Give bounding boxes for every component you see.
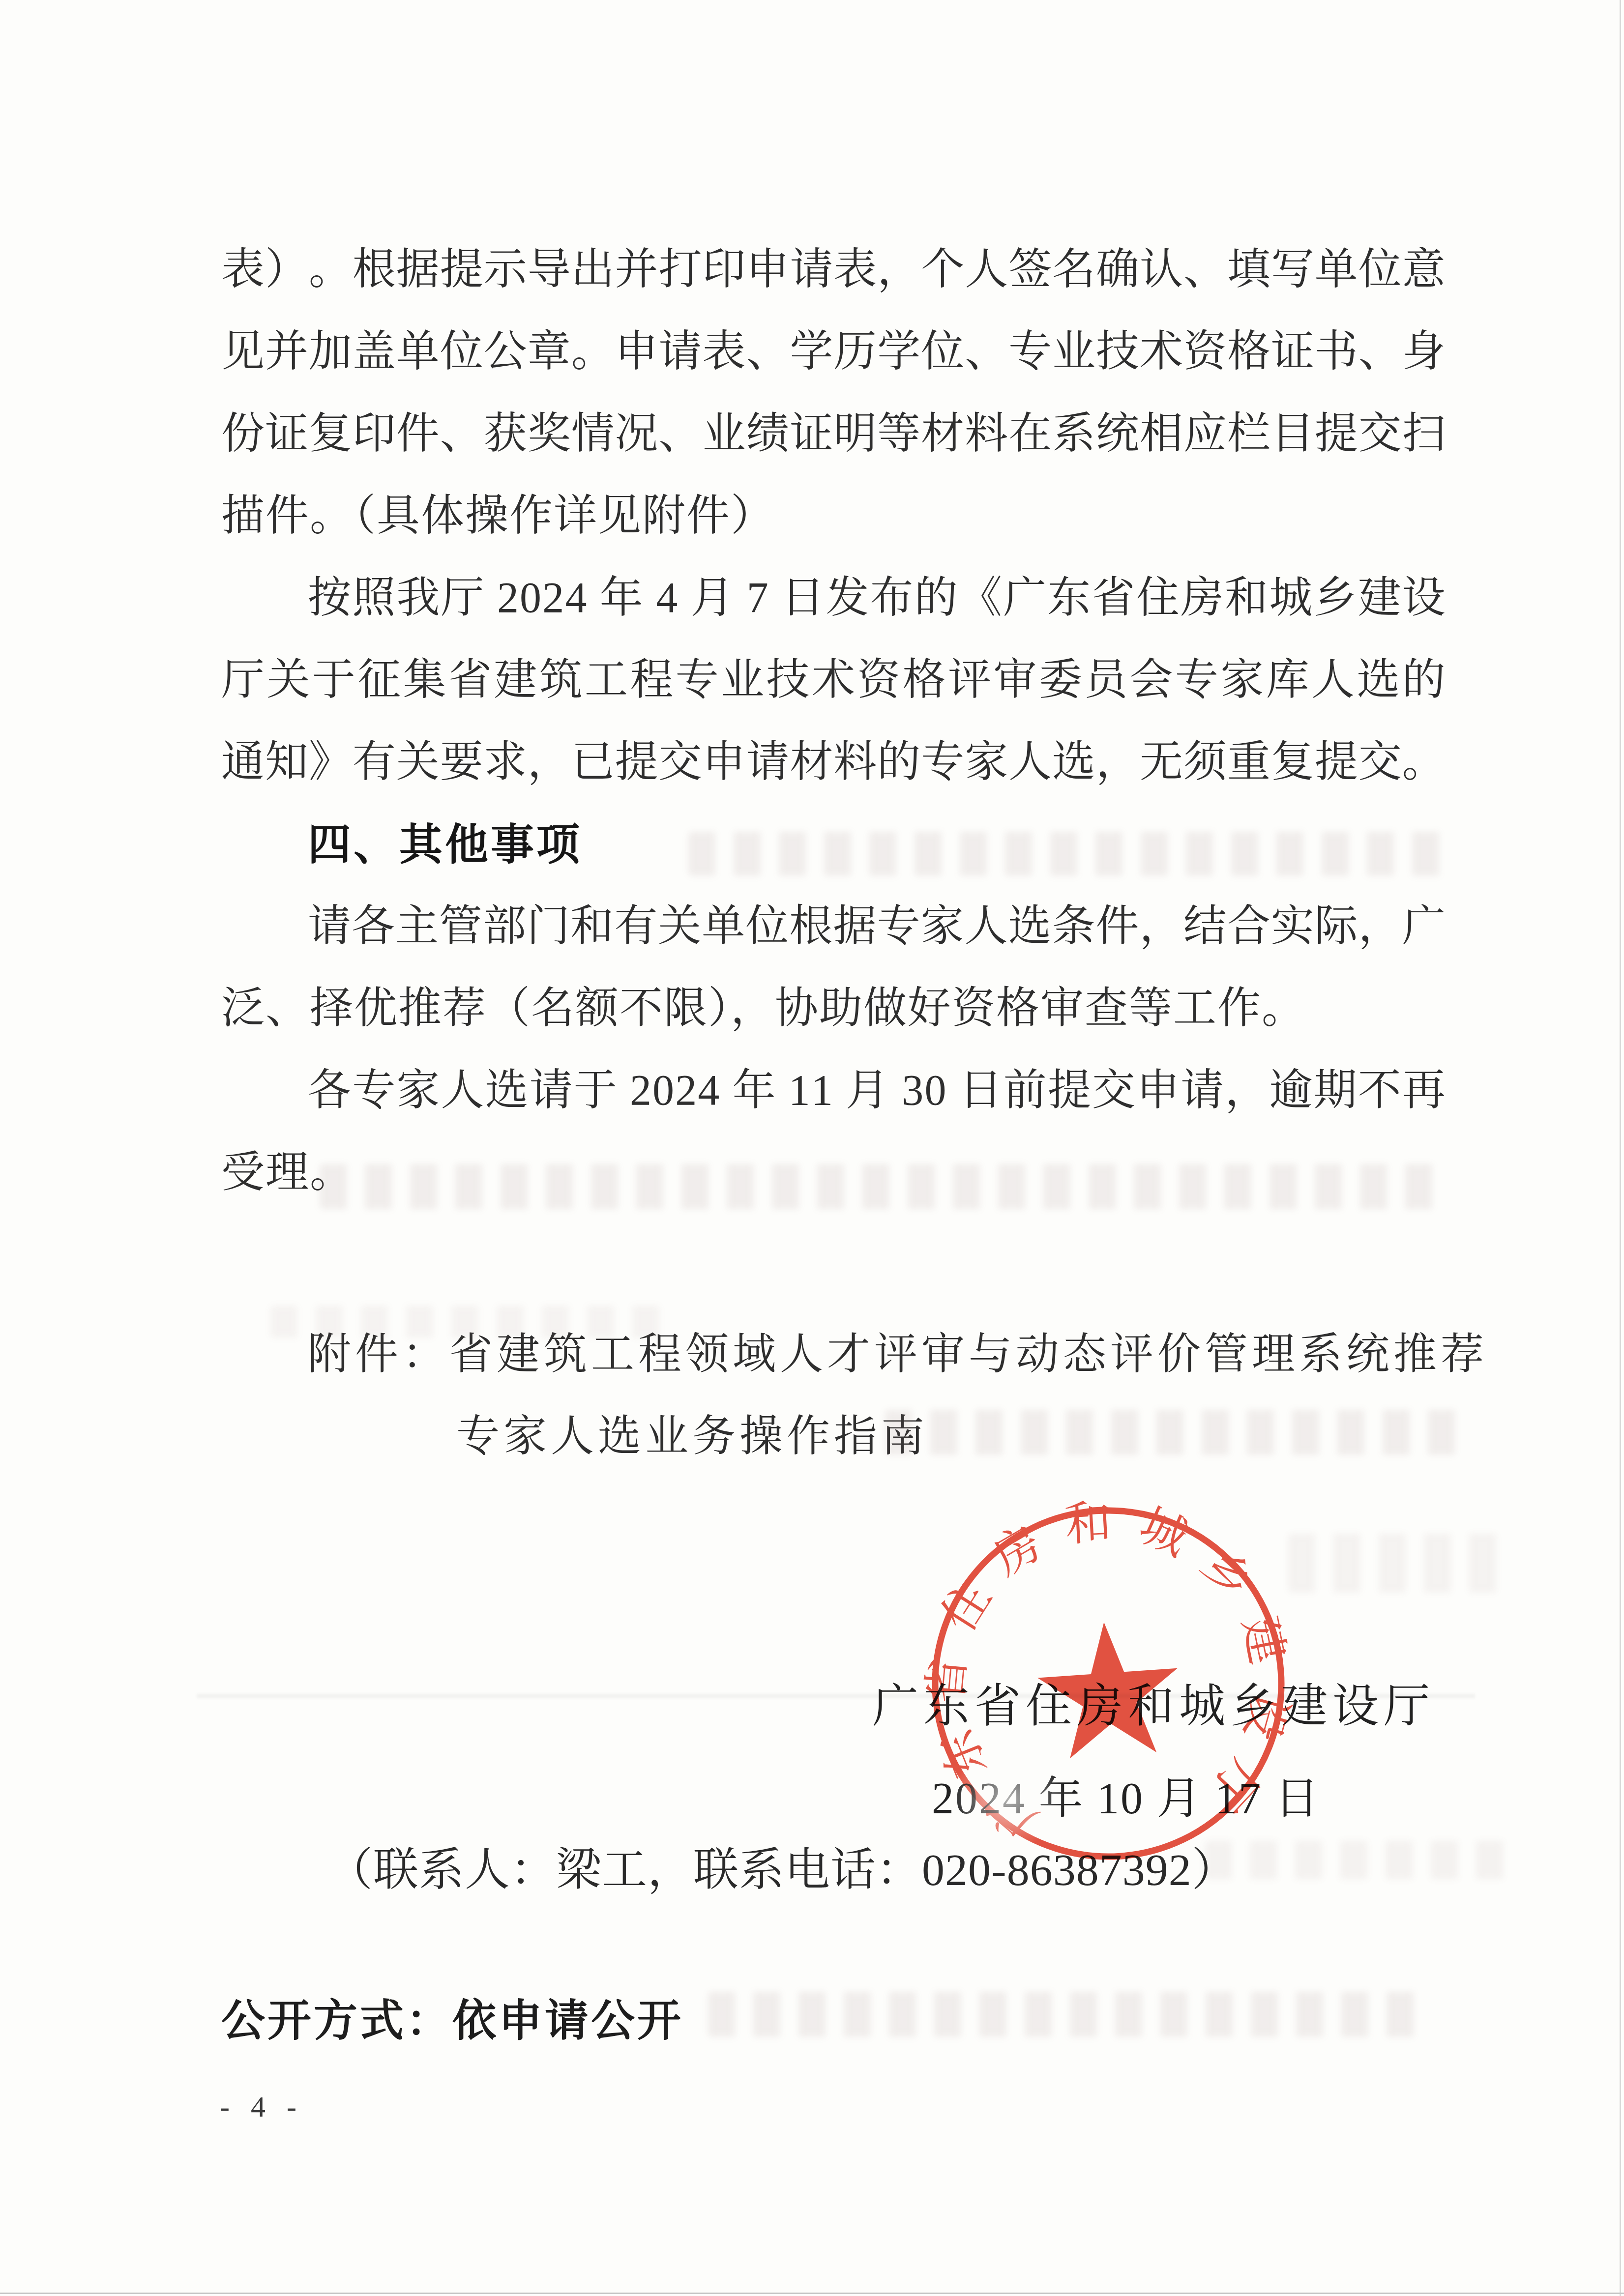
bleed-through-artifact xyxy=(1288,1534,1505,1593)
issuing-authority: 广东省住房和城乡建设厅 xyxy=(872,1669,1435,1735)
bleed-through-artifact xyxy=(270,1306,674,1338)
bleed-through-artifact xyxy=(708,1992,1426,2037)
body-line-6: 厅关于征集省建筑工程专业技术资格评审委员会专家库人选的 xyxy=(221,639,1446,721)
body-line-5: 按照我厅 2024 年 4 月 7 日发布的《广东省住房和城乡建设 xyxy=(221,557,1446,639)
scan-edge-right xyxy=(1620,0,1621,2296)
body-line-9: 请各主管部门和有关单位根据专家人选条件，结合实际，广 xyxy=(221,885,1446,967)
body-line-7: 通知》有关要求，已提交申请材料的专家人选，无须重复提交。 xyxy=(221,721,1446,803)
document-body: 表）。根据提示导出并打印申请表，个人签名确认、填写单位意 见并加盖单位公章。申请… xyxy=(221,229,1446,1214)
scan-edge-bottom xyxy=(0,2293,1624,2294)
publish-method-label: 公开方式：依申请公开 xyxy=(221,1986,683,2048)
issue-date: 2024 年 10 月 17 日 xyxy=(932,1762,1321,1826)
body-line-11: 各专家人选请于 2024 年 11 月 30 日前提交申请，逾期不再 xyxy=(221,1049,1446,1132)
body-line-3: 份证复印件、获奖情况、业绩证明等材料在系统相应栏目提交扫 xyxy=(221,393,1446,475)
body-line-10: 泛、择优推荐（名额不限），协助做好资格审查等工作。 xyxy=(221,967,1446,1049)
bleed-through-artifact xyxy=(1205,1841,1509,1879)
bleed-through-artifact xyxy=(885,1410,1465,1455)
body-line-1: 表）。根据提示导出并打印申请表，个人签名确认、填写单位意 xyxy=(221,229,1446,311)
scanned-document-page: 表）。根据提示导出并打印申请表，个人签名确认、填写单位意 见并加盖单位公章。申请… xyxy=(0,0,1624,2296)
bleed-through-artifact xyxy=(320,1164,1436,1209)
bleed-through-artifact xyxy=(688,832,1450,876)
body-line-2: 见并加盖单位公章。申请表、学历学位、专业技术资格证书、身 xyxy=(221,311,1446,393)
page-number: - 4 - xyxy=(220,2090,303,2124)
body-line-4: 描件。（具体操作详见附件） xyxy=(221,475,1446,557)
contact-info: （联系人：梁工，联系电话：020-86387392） xyxy=(327,1833,1238,1898)
